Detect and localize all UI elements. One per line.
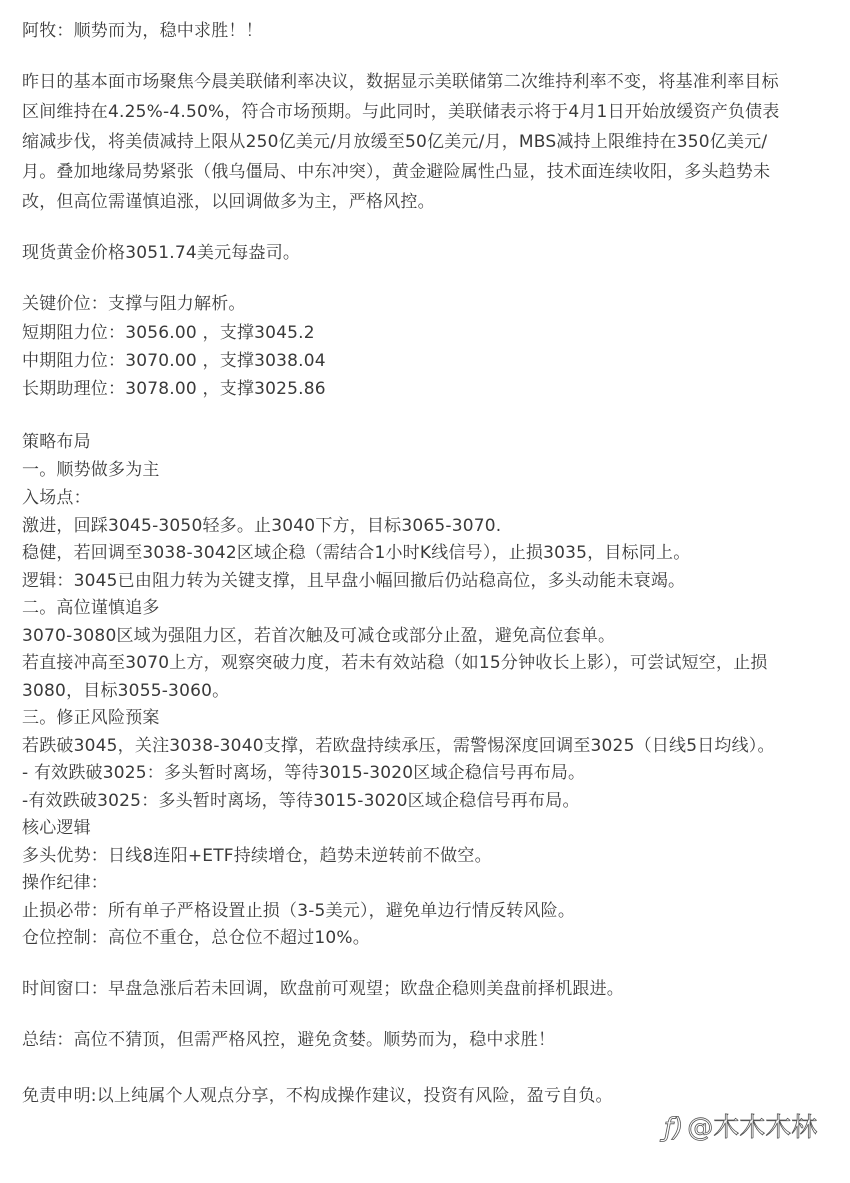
strategy-section-title: 三。修正风险预案 [22, 707, 160, 729]
strategy-line: 入场点： [22, 487, 91, 509]
disclaimer: 免责申明:以上纯属个人观点分享，不构成操作建议，投资有风险，盈亏自负。 [22, 1085, 613, 1107]
key-level-row: 中期阻力位：3070.00 ，支撑3038.04 [22, 350, 326, 372]
intro-line: 区间维持在4.25%-4.50%，符合市场预期。与此同时，美联储表示将于4月1日… [22, 101, 780, 123]
strategy-line: -有效跌破3025：多头暂时离场，等待3015-3020区域企稳信号再布局。 [22, 790, 580, 812]
strategy-heading: 策略布局 [22, 431, 91, 453]
strategy-section-title: 一。顺势做多为主 [22, 459, 160, 481]
strategy-line: 3070-3080区域为强阻力区，若首次触及可减仓或部分止盈，避免高位套单。 [22, 625, 615, 647]
strategy-line: 操作纪律： [22, 872, 108, 894]
key-level-row: 短期阻力位：3056.00 ，支撑3045.2 [22, 322, 315, 344]
watermark-handle: @木木木林 [687, 1113, 817, 1143]
time-window: 时间窗口：早盘急涨后若未回调，欧盘前可观望；欧盘企稳则美盘前择机跟进。 [22, 978, 624, 1000]
strategy-line: 3080，目标3055-3060。 [22, 680, 229, 702]
strategy-section-title: 二。高位谨慎追多 [22, 597, 160, 619]
intro-line: 昨日的基本面市场聚焦今晨美联储利率决议，数据显示美联储第二次维持利率不变，将基准… [22, 71, 779, 93]
strategy-line: 若直接冲高至3070上方，观察突破力度，若未有效站稳（如15分钟收长上影），可尝… [22, 652, 768, 674]
article-title: 阿牧：顺势而为，稳中求胜！！ [22, 20, 263, 42]
strategy-line: 激进，回踩3045-3050轻多。止3040下方，目标3065-3070. [22, 515, 501, 537]
spot-price: 现货黄金价格3051.74美元每盎司。 [22, 242, 300, 264]
strategy-line: 多头优势：日线8连阳+ETF持续增仓，趋势未逆转前不做空。 [22, 845, 492, 867]
weibo-logo-icon: ƒ) [664, 1113, 683, 1143]
strategy-line: 逻辑：3045已由阻力转为关键支撑，且早盘小幅回撤后仍站稳高位，多头动能未衰竭。 [22, 570, 685, 592]
strategy-section-title: 核心逻辑 [22, 817, 91, 839]
key-levels-heading: 关键价位：支撑与阻力解析。 [22, 293, 246, 315]
strategy-line: 稳健，若回调至3038-3042区域企稳（需结合1小时K线信号），止损3035，… [22, 542, 690, 564]
intro-line: 月。叠加地缘局势紧张（俄乌僵局、中东冲突），黄金避险属性凸显，技术面连续收阳，多… [22, 161, 770, 183]
strategy-line: 若跌破3045，关注3038-3040支撑，若欧盘持续承压，需警惕深度回调至30… [22, 735, 775, 757]
strategy-line: - 有效跌破3025：多头暂时离场，等待3015-3020区域企稳信号再布局。 [22, 762, 585, 784]
summary: 总结：高位不猜顶，但需严格风控，避免贪婪。顺势而为，稳中求胜！ [22, 1029, 555, 1051]
watermark: ƒ)@木木木林 [664, 1113, 817, 1143]
intro-line: 改，但高位需谨慎追涨，以回调做多为主，严格风控。 [22, 191, 435, 213]
strategy-line: 仓位控制：高位不重仓，总仓位不超过10%。 [22, 927, 370, 949]
intro-line: 缩减步伐，将美债减持上限从250亿美元/月放缓至50亿美元/月，MBS减持上限维… [22, 131, 767, 153]
key-level-row: 长期助理位：3078.00 ，支撑3025.86 [22, 378, 326, 400]
strategy-line: 止损必带：所有单子严格设置止损（3-5美元），避免单边行情反转风险。 [22, 900, 575, 922]
